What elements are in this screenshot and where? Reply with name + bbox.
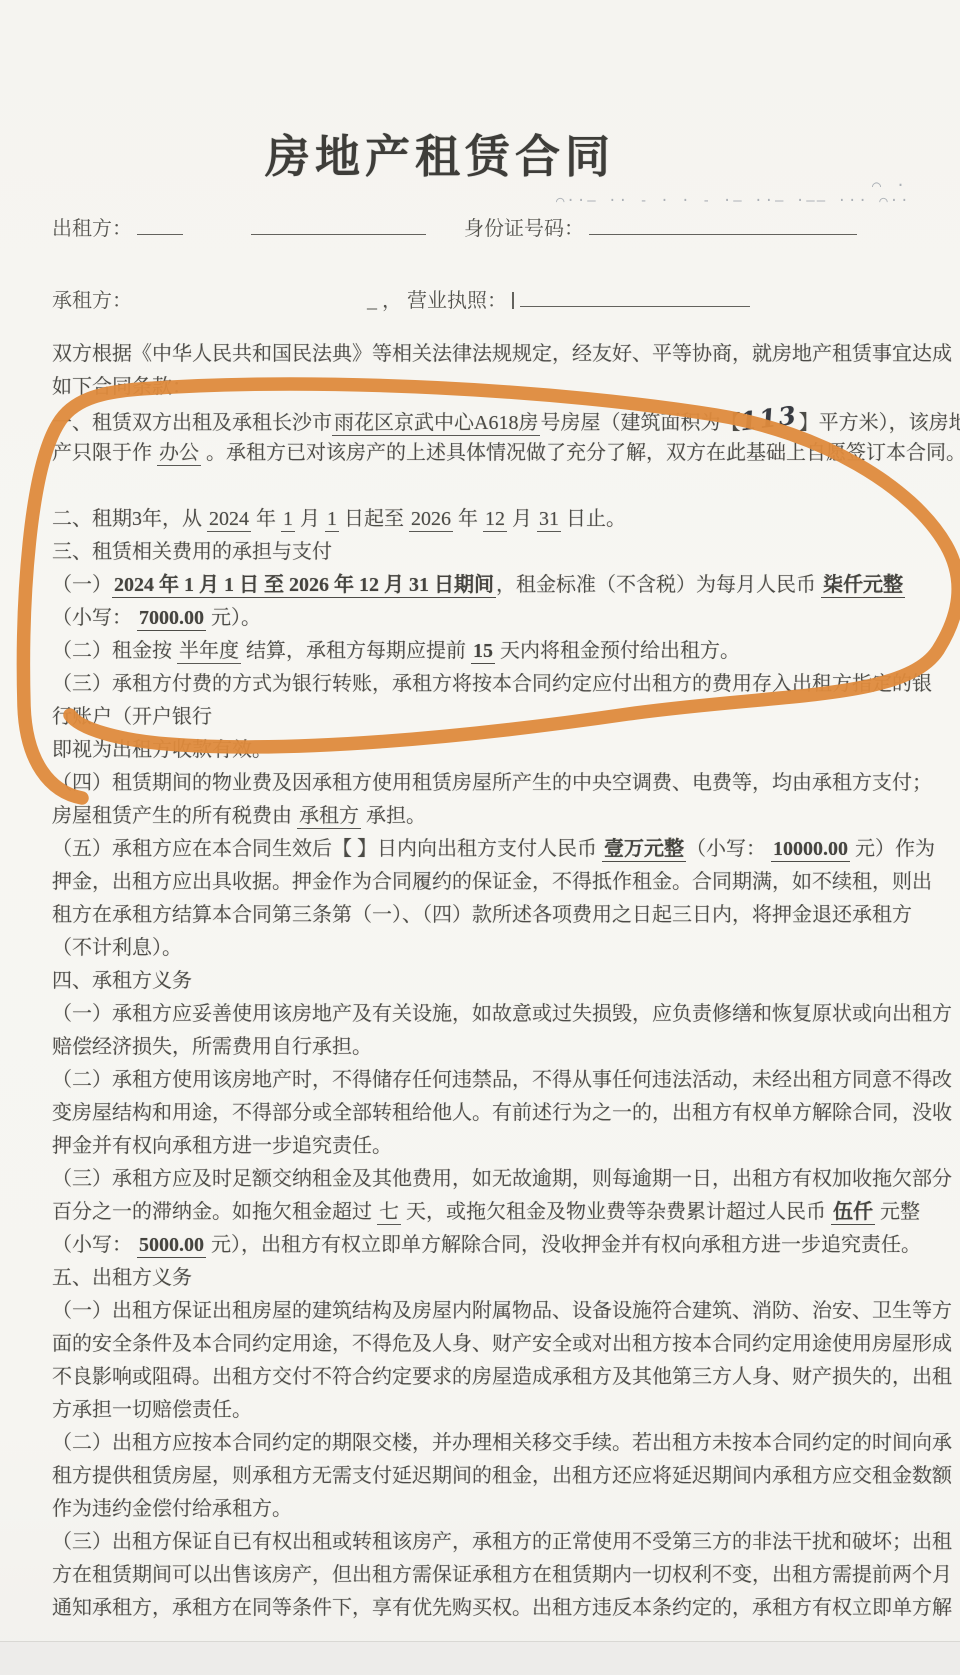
line-text: 元）作为 bbox=[850, 838, 935, 860]
line-text: 年 bbox=[453, 508, 483, 530]
line-text: 二、租期3年，从 bbox=[52, 508, 207, 530]
contract-line: 方承担一切赔偿责任。 bbox=[52, 1394, 960, 1427]
lessor-name-blank bbox=[137, 213, 183, 235]
filled-value: 七 bbox=[377, 1201, 401, 1225]
contract-line: （三）承租方付费的方式为银行转账，承租方将按本合同约定应付出租方的费用存入出租方… bbox=[52, 668, 960, 701]
contract-line: （三）出租方保证自已有权出租或转租该房产，承租方的正常使用不受第三方的非法干扰和… bbox=[52, 1526, 960, 1559]
line-text: 变房屋结构和用途，不得部分或全部转租给他人。有前述行为之一的，出租方有权单方解除… bbox=[52, 1102, 952, 1124]
filled-value: 伍仟 bbox=[831, 1201, 875, 1225]
contract-line: 变房屋结构和用途，不得部分或全部转租给他人。有前述行为之一的，出租方有权单方解除… bbox=[52, 1097, 960, 1130]
line-text: （三）出租方保证自已有权出租或转租该房产，承租方的正常使用不受第三方的非法干扰和… bbox=[52, 1531, 952, 1553]
contract-line: （一）出租方保证出租房屋的建筑结构及房屋内附属物品、设备设施符合建筑、消防、治安… bbox=[52, 1295, 960, 1328]
filled-value: 7000.00 bbox=[137, 607, 206, 631]
line-text: 五、出租方义务 bbox=[52, 1267, 192, 1289]
contract-line: （小写： 7000.00 元）。 bbox=[52, 602, 960, 635]
filled-value: 半年度 bbox=[177, 640, 241, 664]
contract-line: 二、租期3年，从 2024 年 1 月 1 日起至 2026 年 12 月 31… bbox=[52, 503, 960, 536]
filled-value: 31 bbox=[537, 508, 561, 532]
line-text: 年 bbox=[251, 508, 281, 530]
line-text: 双方根据《中华人民共和国民法典》等相关法律法规规定，经友好、平等协商，就房地产租… bbox=[52, 343, 952, 365]
filled-value: 5000.00 bbox=[137, 1234, 206, 1258]
document-photo: 房地产租赁合同 出租方： 身份证号码： ⌒··– ·· - · · - ·– ·… bbox=[0, 0, 960, 1675]
line-text: （二）租金按 bbox=[52, 640, 177, 662]
filled-value: 柒仟元整 bbox=[821, 574, 905, 598]
filled-value: 2024 年 1 月 1 日 至 2026 年 12 月 31 日期间 bbox=[112, 574, 496, 598]
line-text: 月 bbox=[507, 508, 537, 530]
line-text: 方在租赁期间可以出售该房产，但出租方需保证承租方在租赁期内一切权利不变，出租方需… bbox=[52, 1564, 952, 1586]
contract-line: 即视为出租方收款有效。 bbox=[52, 734, 960, 767]
business-license-blank bbox=[520, 285, 750, 307]
line-text: 即视为出租方收款有效。 bbox=[52, 739, 272, 761]
contract-line: 百分之一的滞纳金。如拖欠租金超过 七 天，或拖欠租金及物业费等杂费累计超过人民币… bbox=[52, 1196, 960, 1229]
line-text: （小写： bbox=[52, 607, 137, 629]
line-text: （二）出租方应按本合同约定的期限交楼，并办理相关移交手续。若出租方未按本合同约定… bbox=[52, 1432, 952, 1454]
contract-line: 三、租赁相关费用的承担与支付 bbox=[52, 536, 960, 569]
contract-line: （不计利息）。 bbox=[52, 932, 960, 965]
filled-value: 1 bbox=[281, 508, 295, 532]
line-text: 元），出租方有权立即单方解除合同，没收押金并有权向承租方进一步追究责任。 bbox=[206, 1234, 921, 1256]
contract-line: 租方在承租方结算本合同第三条第（一）、（四）款所述各项费用之日起三日内，将押金退… bbox=[52, 899, 960, 932]
photo-bottom-edge bbox=[0, 1641, 960, 1675]
contract-line: 不良影响或阻碍。出租方交付不符合约定要求的房屋造成承租方及其他第三方人身、财产损… bbox=[52, 1361, 960, 1394]
contract-line: 押金并有权向承租方进一步追究责任。 bbox=[52, 1130, 960, 1163]
filled-value: 12 bbox=[483, 508, 507, 532]
line-text: 天内将租金预付给出租方。 bbox=[495, 640, 740, 662]
contract-line: 双方根据《中华人民共和国民法典》等相关法律法规规定，经友好、平等协商，就房地产租… bbox=[52, 338, 960, 371]
line-text: 月 bbox=[295, 508, 325, 530]
filled-value: 承租方 bbox=[297, 805, 361, 829]
contract-line: （五）承租方应在本合同生效后【 】日内向出租方支付人民币 壹万元整（小写： 10… bbox=[52, 833, 960, 866]
line-text: 赔偿经济损失，所需费用自行承担。 bbox=[52, 1036, 372, 1058]
contract-line: （二）租金按 半年度 结算，承租方每期应提前 15 天内将租金预付给出租方。 bbox=[52, 635, 960, 668]
id-number-blank bbox=[589, 213, 857, 235]
line-text: 天，或拖欠租金及物业费等杂费累计超过人民币 bbox=[401, 1201, 831, 1223]
line-text: （一） bbox=[52, 574, 112, 596]
contract-line: 方在租赁期间可以出售该房产，但出租方需保证承租方在租赁期内一切权利不变，出租方需… bbox=[52, 1559, 960, 1592]
line-text: 一、租赁双方出租及承租长沙市 bbox=[52, 412, 332, 434]
contract-photo-page: { "document": { "title": "房地产租赁合同", "par… bbox=[0, 0, 960, 1675]
line-text: 承担。 bbox=[361, 805, 426, 827]
line-text: 押金并有权向承租方进一步追究责任。 bbox=[52, 1135, 392, 1157]
line-text: （五）承租方应在本合同生效后【 】日内向出租方支付人民币 bbox=[52, 838, 602, 860]
contract-line: 面的安全条件及本合同约定用途，不得危及人身、财产安全或对出租方按本合同约定用途使… bbox=[52, 1328, 960, 1361]
contract-line: 产只限于作 办公 。承租方已对该房产的上述具体情况做了充分了解，双方在此基础上自… bbox=[52, 437, 960, 470]
line-text: （一）出租方保证出租房屋的建筑结构及房屋内附属物品、设备设施符合建筑、消防、治安… bbox=[52, 1300, 952, 1322]
contract-line: 赔偿经济损失，所需费用自行承担。 bbox=[52, 1031, 960, 1064]
filled-value: 雨花区京武中心A618房 bbox=[332, 412, 540, 436]
contract-line: 作为违约金偿付给承租方。 bbox=[52, 1493, 960, 1526]
line-text: （三）承租方应及时足额交纳租金及其他费用，如无故逾期，则每逾期一日，出租方有权加… bbox=[52, 1168, 952, 1190]
line-text: （三）承租方付费的方式为银行转账，承租方将按本合同约定应付出租方的费用存入出租方… bbox=[52, 673, 932, 695]
page-title: 房地产租赁合同 bbox=[0, 120, 880, 185]
contract-line: （一）2024 年 1 月 1 日 至 2026 年 12 月 31 日期间，租… bbox=[52, 569, 960, 602]
filled-value: 15 bbox=[471, 640, 495, 664]
id-number-label: 身份证号码： bbox=[464, 218, 584, 240]
contract-line: （一）承租方应妥善使用该房地产及有关设施，如故意或过失损毁，应负责修缮和恢复原状… bbox=[52, 998, 960, 1031]
contract-line: （四）租赁期间的物业费及因承租方使用租赁房屋所产生的中央空调费、电费等，均由承租… bbox=[52, 767, 960, 800]
contract-line bbox=[52, 470, 960, 503]
contract-line: 租方提供租赁房屋，则承租方无需支付延迟期间的租金，出租方还应将延迟期间内承租方应… bbox=[52, 1460, 960, 1493]
contract-line: （二）出租方应按本合同约定的期限交楼，并办理相关移交手续。若出租方未按本合同约定… bbox=[52, 1427, 960, 1460]
line-text: 不良影响或阻碍。出租方交付不符合约定要求的房屋造成承租方及其他第三方人身、财产损… bbox=[52, 1366, 952, 1388]
filled-value: 1 bbox=[325, 508, 339, 532]
contract-line: 房屋租赁产生的所有税费由 承租方 承担。 bbox=[52, 800, 960, 833]
line-text: （不计利息）。 bbox=[52, 937, 182, 959]
line-text: 房屋租赁产生的所有税费由 bbox=[52, 805, 297, 827]
contract-line: 一、租赁双方出租及承租长沙市雨花区京武中心A618房号房屋（建筑面积为【113】… bbox=[52, 404, 960, 437]
handwritten-corner-scribble: ⌒ · bbox=[872, 176, 908, 194]
line-text: 如下合同条款： bbox=[52, 376, 192, 398]
line-text: 号房屋（建筑面积为【 bbox=[540, 412, 740, 434]
line-text: 作为违约金偿付给承租方。 bbox=[52, 1498, 292, 1520]
line-text: ，租金标准（不含税）为每月人民币 bbox=[496, 574, 821, 596]
line-text: 日止。 bbox=[561, 508, 626, 530]
line-text: （四）租赁期间的物业费及因承租方使用租赁房屋所产生的中央空调费、电费等，均由承租… bbox=[52, 772, 932, 794]
filled-value: 办公 bbox=[157, 442, 201, 466]
line-text: 通知承租方，承租方在同等条件下，享有优先购买权。出租方违反本条约定的，承租方有权… bbox=[52, 1597, 952, 1619]
filled-value: 2024 bbox=[207, 508, 251, 532]
contract-line: （二）承租方使用该房地产时，不得储存任何违禁品，不得从事任何违法活动，未经出租方… bbox=[52, 1064, 960, 1097]
business-license-label: 营业执照： bbox=[407, 290, 507, 312]
filled-value: 113 bbox=[738, 399, 800, 439]
line-text: 。承租方已对该房产的上述具体情况做了充分了解，双方在此基础上自愿签订本合同。 bbox=[201, 442, 960, 464]
line-text: （小写： bbox=[52, 1234, 137, 1256]
line-text: 租方在承租方结算本合同第三条第（一）、（四）款所述各项费用之日起三日内，将押金退… bbox=[52, 904, 912, 926]
contract-line: （小写： 5000.00 元），出租方有权立即单方解除合同，没收押金并有权向承租… bbox=[52, 1229, 960, 1262]
line-text: （小写： bbox=[686, 838, 771, 860]
line-text: 租方提供租赁房屋，则承租方无需支付延迟期间的租金，出租方还应将延迟期间内承租方应… bbox=[52, 1465, 952, 1487]
contract-line: （三）承租方应及时足额交纳租金及其他费用，如无故逾期，则每逾期一日，出租方有权加… bbox=[52, 1163, 960, 1196]
line-text: （二）承租方使用该房地产时，不得储存任何违禁品，不得从事任何违法活动，未经出租方… bbox=[52, 1069, 952, 1091]
contract-line: 押金，出租方应出具收据。押金作为合同履约的保证金，不得抵作租金。合同期满，如不续… bbox=[52, 866, 960, 899]
contract-line: 四、承租方义务 bbox=[52, 965, 960, 998]
underline-start-tick bbox=[512, 292, 514, 309]
line-text: 百分之一的滞纳金。如拖欠租金超过 bbox=[52, 1201, 377, 1223]
line-text: 方承担一切赔偿责任。 bbox=[52, 1399, 252, 1421]
line-text: （一）承租方应妥善使用该房地产及有关设施，如故意或过失损毁，应负责修缮和恢复原状… bbox=[52, 1003, 952, 1025]
lessee-label: 承租方： bbox=[52, 290, 132, 312]
line-text: 面的安全条件及本合同约定用途，不得危及人身、财产安全或对出租方按本合同约定用途使… bbox=[52, 1333, 952, 1355]
line-text: 结算，承租方每期应提前 bbox=[241, 640, 471, 662]
lessee-pre-mark: _ ， bbox=[367, 290, 402, 312]
lessee-row: 承租方： _ ， 营业执照： bbox=[52, 284, 750, 313]
contract-line: 行账户（开户银行 bbox=[52, 701, 960, 734]
line-text: 元整 bbox=[875, 1201, 920, 1223]
line-text: 三、租赁相关费用的承担与支付 bbox=[52, 541, 332, 563]
contract-line: 如下合同条款： bbox=[52, 371, 960, 404]
line-text: 四、承租方义务 bbox=[52, 970, 192, 992]
line-text: 产只限于作 bbox=[52, 442, 157, 464]
contract-line: 五、出租方义务 bbox=[52, 1262, 960, 1295]
line-text: 押金，出租方应出具收据。押金作为合同履约的保证金，不得抵作租金。合同期满，如不续… bbox=[52, 871, 932, 893]
line-text: 行账户（开户银行 bbox=[52, 706, 212, 728]
filled-value: 10000.00 bbox=[771, 838, 850, 862]
line-text: 】平方米），该房地 bbox=[799, 412, 960, 434]
contract-line: 通知承租方，承租方在同等条件下，享有优先购买权。出租方违反本条约定的，承租方有权… bbox=[52, 1592, 960, 1625]
line-text: 日起至 bbox=[339, 508, 409, 530]
filled-value: 壹万元整 bbox=[602, 838, 686, 862]
lessor-name-blank-2 bbox=[251, 213, 426, 235]
handwritten-id-scribble: ⌒··– ·· - · · - ·– ··– ·–– ··· ⌒·· bbox=[556, 193, 956, 209]
lessor-label: 出租方： bbox=[52, 218, 132, 240]
lessor-row: 出租方： 身份证号码： bbox=[52, 212, 857, 241]
contract-body: 双方根据《中华人民共和国民法典》等相关法律法规规定，经友好、平等协商，就房地产租… bbox=[52, 338, 960, 1625]
line-text: 元）。 bbox=[206, 607, 261, 629]
filled-value: 2026 bbox=[409, 508, 453, 532]
